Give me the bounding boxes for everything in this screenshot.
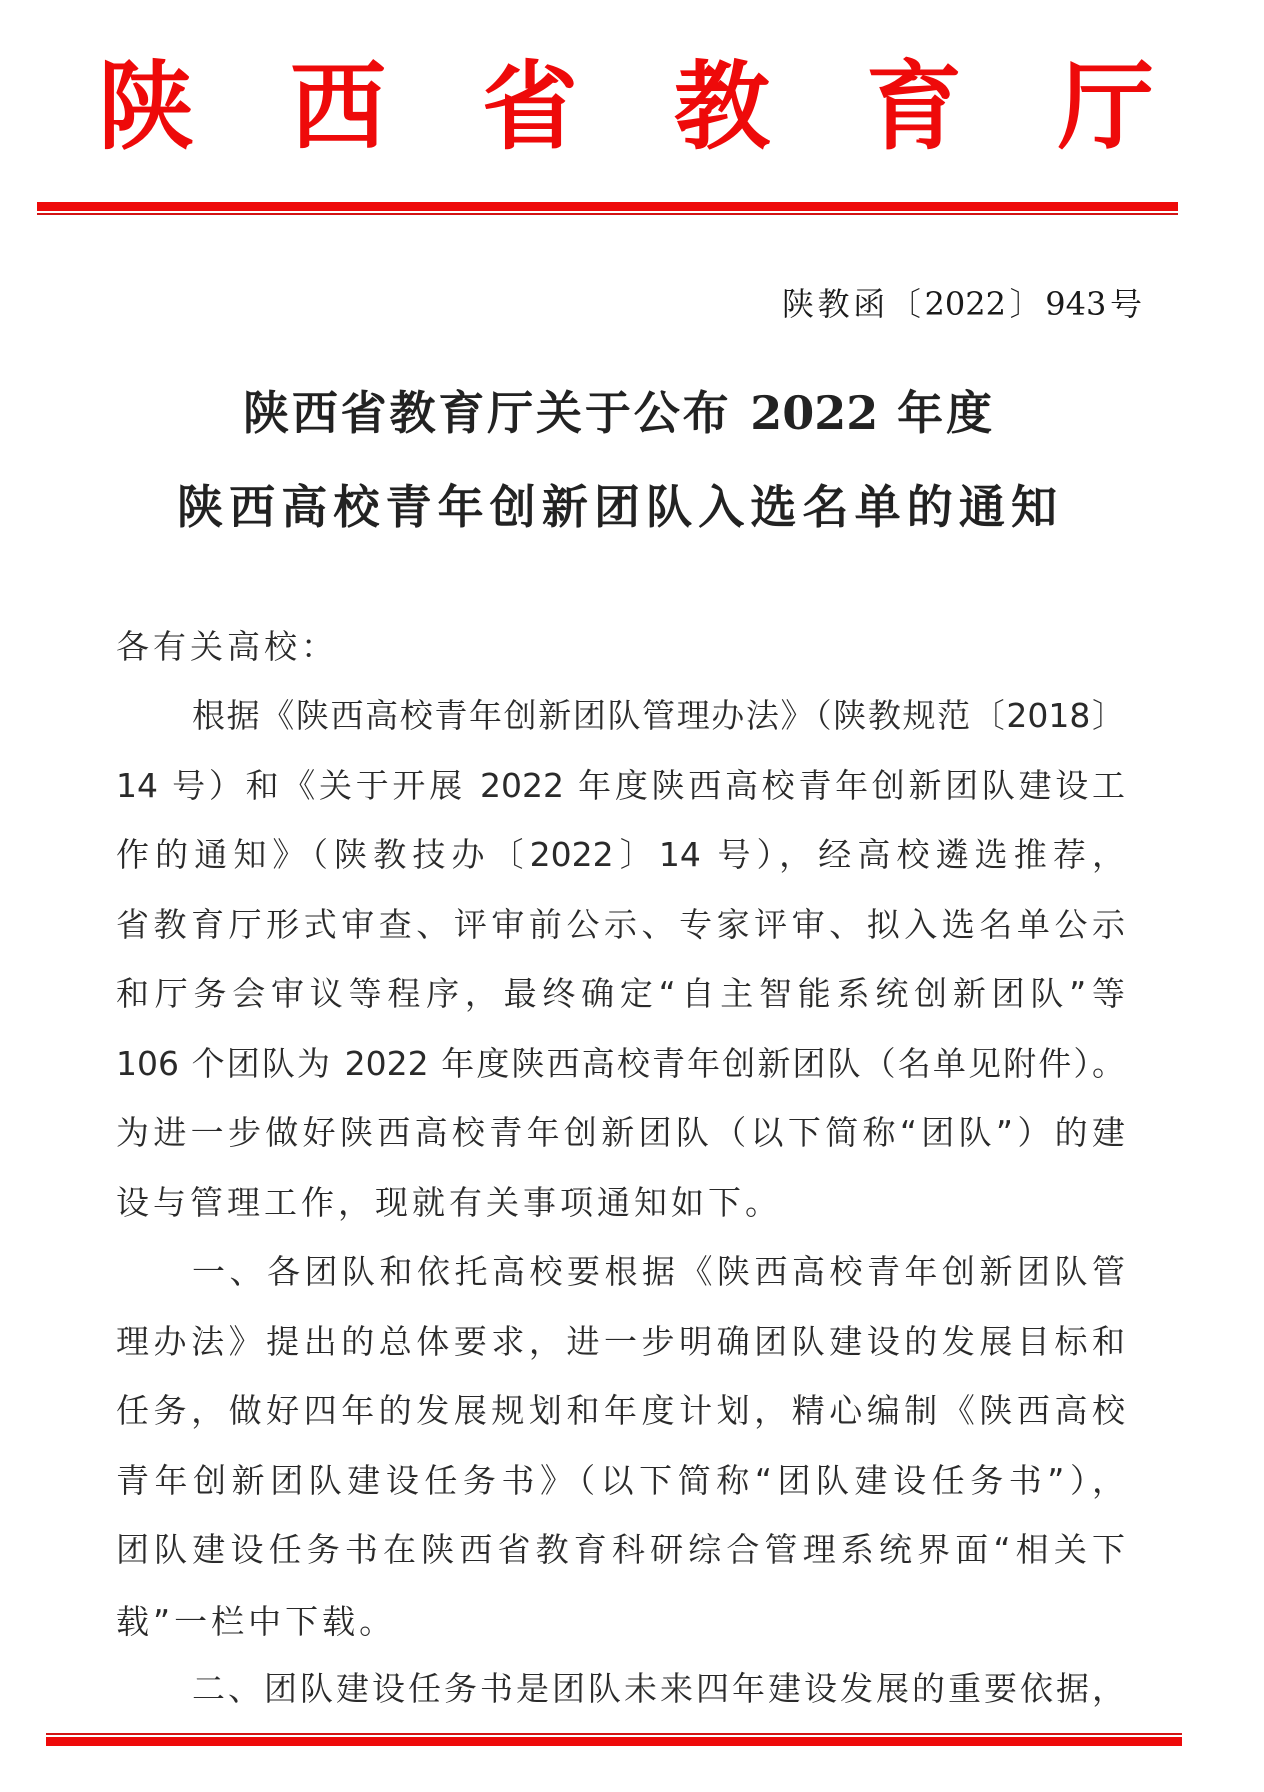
body-line: 一、各团队和依托高校要根据《陕西高校青年创新团队管 (192, 1249, 1125, 1295)
document-number: 陕教函〔2022〕943号 (782, 284, 1142, 324)
body-line: 根据《陕西高校青年创新团队管理办法》（陕教规范〔2018〕 (192, 693, 1125, 739)
red-rule-thick (46, 1737, 1182, 1746)
letterhead-char: 西 (288, 52, 388, 162)
body-line: 任务，做好四年的发展规划和年度计划，精心编制《陕西高校 (116, 1388, 1125, 1434)
letterhead-char: 厅 (1056, 52, 1156, 162)
body-line: 设与管理工作，现就有关事项通知如下。 (116, 1180, 816, 1226)
letterhead-char: 省 (480, 52, 580, 162)
letterhead-title: 陕 西 省 教 育 厅 (96, 52, 1156, 162)
body-line: 作的通知》（陕教技办〔2022〕14 号），经高校遴选推荐， (116, 832, 1125, 878)
body-line: 二、团队建设任务书是团队未来四年建设发展的重要依据， (192, 1666, 1125, 1712)
body-line: 载”一栏中下载。 (116, 1599, 516, 1645)
document-title-line-1: 陕西省教育厅关于公布 2022 年度 (243, 383, 992, 443)
document-title-line-2: 陕西高校青年创新团队入选名单的通知 (177, 477, 1057, 537)
body-line: 团队建设任务书在陕西省教育科研综合管理系统界面“相关下 (116, 1527, 1125, 1573)
red-rule-thick (37, 202, 1178, 211)
red-rule-thin (46, 1733, 1182, 1735)
body-line: 理办法》提出的总体要求，进一步明确团队建设的发展目标和 (116, 1319, 1125, 1365)
body-line: 和厅务会审议等程序，最终确定“自主智能系统创新团队”等 (116, 971, 1125, 1017)
red-rule-thin (37, 213, 1178, 215)
letterhead-char: 陕 (96, 52, 196, 162)
body-line: 14 号）和《关于开展 2022 年度陕西高校青年创新团队建设工 (116, 763, 1125, 809)
body-line: 省教育厅形式审查、评审前公示、专家评审、拟入选名单公示 (116, 902, 1125, 948)
letterhead-char: 育 (864, 52, 964, 162)
body-line: 为进一步做好陕西高校青年创新团队（以下简称“团队”）的建 (116, 1110, 1125, 1156)
footer-red-rule (46, 1733, 1182, 1747)
letterhead-char: 教 (672, 52, 772, 162)
salutation: 各有关高校： (116, 624, 516, 670)
letterhead-red-rule (37, 202, 1178, 216)
body-line: 青年创新团队建设任务书》（以下简称“团队建设任务书”）， (116, 1458, 1125, 1504)
body-line: 106 个团队为 2022 年度陕西高校青年创新团队（名单见附件）。 (116, 1041, 1125, 1087)
document-page: 陕 西 省 教 育 厅 陕教函〔2022〕943号 陕西省教育厅关于公布 202… (0, 0, 1264, 1792)
